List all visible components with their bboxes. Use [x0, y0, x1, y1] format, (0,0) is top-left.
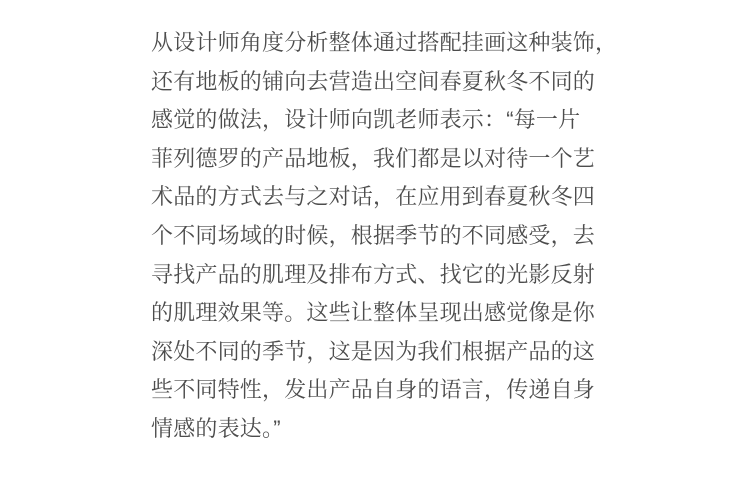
paragraph-line: 的肌理效果等。这些让整体呈现出感觉像是你 [151, 294, 621, 333]
paragraph-line: 从设计师角度分析整体通过搭配挂画这种装饰， [151, 24, 621, 63]
paragraph-line: 个不同场域的时候，根据季节的不同感受，去 [151, 217, 621, 256]
paragraph-line: 深处不同的季节，这是因为我们根据产品的这 [151, 333, 621, 372]
paragraph-line: 术品的方式去与之对话，在应用到春夏秋冬四 [151, 178, 621, 217]
paragraph-line: 些不同特性，发出产品自身的语言，传递自身 [151, 371, 621, 410]
article-page: 从设计师角度分析整体通过搭配挂画这种装饰， 还有地板的铺向去营造出空间春夏秋冬不… [0, 0, 750, 493]
paragraph-line: 感觉的做法，设计师向凯老师表示：“每一片 [151, 101, 621, 140]
article-paragraph: 从设计师角度分析整体通过搭配挂画这种装饰， 还有地板的铺向去营造出空间春夏秋冬不… [151, 24, 621, 449]
paragraph-line: 寻找产品的肌理及排布方式、找它的光影反射 [151, 256, 621, 295]
paragraph-line: 情感的表达。” [151, 410, 621, 449]
paragraph-line: 菲列德罗的产品地板，我们都是以对待一个艺 [151, 140, 621, 179]
paragraph-line: 还有地板的铺向去营造出空间春夏秋冬不同的 [151, 63, 621, 102]
